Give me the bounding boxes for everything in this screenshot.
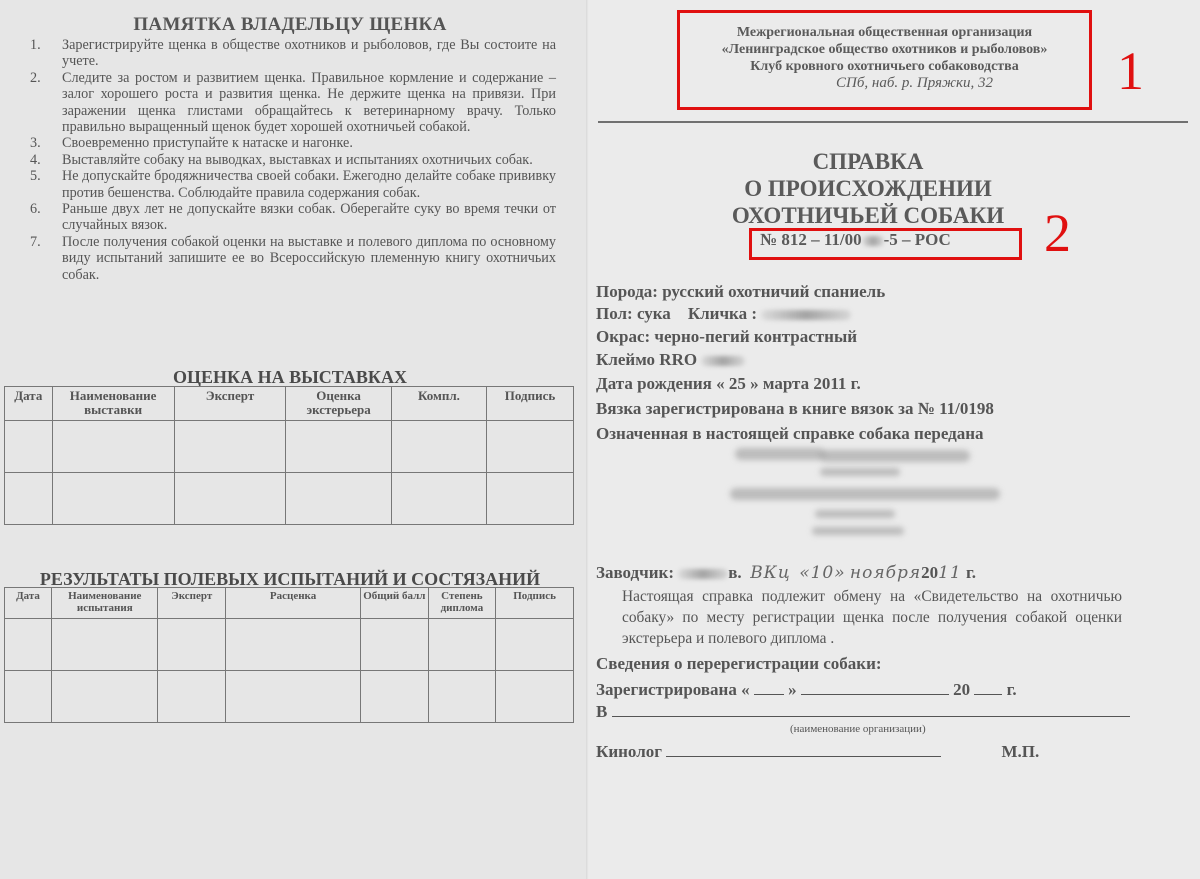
organization-blank[interactable] [612,700,1130,717]
organization-header: Межрегиональная общественная организация… [677,24,1092,92]
table-row [5,473,574,525]
organization-caption: (наименование организации) [790,723,926,735]
redacted-address-line [812,527,904,535]
col-header: Подпись [496,588,574,619]
col-header: Подпись [487,387,574,421]
memo-item: 2.Следите за ростом и развитием щенка. П… [30,70,556,136]
left-page: ПАМЯТКА ВЛАДЕЛЬЦУ ЩЕНКА 1.Зарегистрируйт… [0,0,590,879]
table-row [5,421,574,473]
col-header: Эксперт [158,588,226,619]
cynologist-line: Кинолог М.П. [596,740,1039,762]
col-header: Дата [5,387,53,421]
redacted-owner-line [735,448,825,460]
redacted-breeder [678,569,728,579]
redacted-address-line [815,510,895,518]
col-header: Степень диплома [428,588,496,619]
registered-line: Зарегистрирована « » 20 г. [596,678,1017,700]
color-field: Окрас: черно-пегий контрастный [596,327,857,347]
redacted-digits [862,236,884,246]
col-header: Наименование испытания [52,588,158,619]
shows-table: Дата Наименование выставки Эксперт Оценк… [4,386,574,525]
breed-field: Порода: русский охотничий спаниель [596,282,885,302]
memo-item: 7.После получения собакой оценки на выст… [30,234,556,283]
mating-field: Вязка зарегистрирована в книге вязок за … [596,399,994,419]
stamp-place: М.П. [1001,742,1039,761]
breeder-field: Заводчик: в. ВКц «10» ноября2011 г. [596,563,976,583]
cynologist-blank[interactable] [666,740,941,757]
memo-item: 3.Своевременно приступайте к натаске и н… [30,135,556,151]
memo-title: ПАМЯТКА ВЛАДЕЛЬЦУ ЩЕНКА [0,14,580,36]
table-row [5,671,574,723]
birth-date-field: Дата рождения « 25 » марта 2011 г. [596,374,861,394]
organization-address: СПб, наб. р. Пряжки, 32 [677,75,1092,92]
redacted-brand [701,356,745,366]
memo-item: 4.Выставляйте собаку на выводках, выстав… [30,152,556,168]
memo-item: 5.Не допускайте бродяжничества своей соб… [30,168,556,201]
redacted-name [761,310,851,320]
col-header: Оценка экстерьера [286,387,392,421]
certificate-number: № 812 – 11/00-5 – РОС [760,230,951,250]
memo-item: 6.Раньше двух лет не допускайте вязки со… [30,201,556,234]
handwritten-signature: ВКц [750,563,791,583]
col-header: Общий балл [361,588,429,619]
table-row [5,619,574,671]
transfer-field: Означенная в настоящей справке собака пе… [596,424,984,444]
col-header: Расценка [226,588,361,619]
field-trials-table: Дата Наименование испытания Эксперт Расц… [4,587,574,723]
divider [598,121,1188,123]
memo-item: 1.Зарегистрируйте щенка в обществе охотн… [30,37,556,70]
redacted-owner-line [820,450,970,462]
year-blank[interactable] [974,678,1002,695]
reregistration-heading: Сведения о перерегистрации собаки: [596,654,882,674]
day-blank[interactable] [754,678,784,695]
month-blank[interactable] [801,678,949,695]
redacted-address-line [730,488,1000,500]
organization-line: В [596,700,1130,722]
brand-field: Клеймо RRO [596,350,745,370]
memo-list: 1.Зарегистрируйте щенка в обществе охотн… [30,37,556,283]
annotation-marker-2: 2 [1044,206,1071,260]
annotation-marker-1: 1 [1117,44,1144,98]
col-header: Дата [5,588,52,619]
col-header: Эксперт [174,387,286,421]
col-header: Компл. [391,387,486,421]
col-header: Наименование выставки [52,387,174,421]
exchange-note: Настоящая справка подлежит обмену на «Св… [622,586,1122,649]
shows-table-title: ОЦЕНКА НА ВЫСТАВКАХ [0,367,580,388]
redacted-owner-line [820,468,900,476]
sex-name-field: Пол: сука Кличка : [596,304,851,324]
